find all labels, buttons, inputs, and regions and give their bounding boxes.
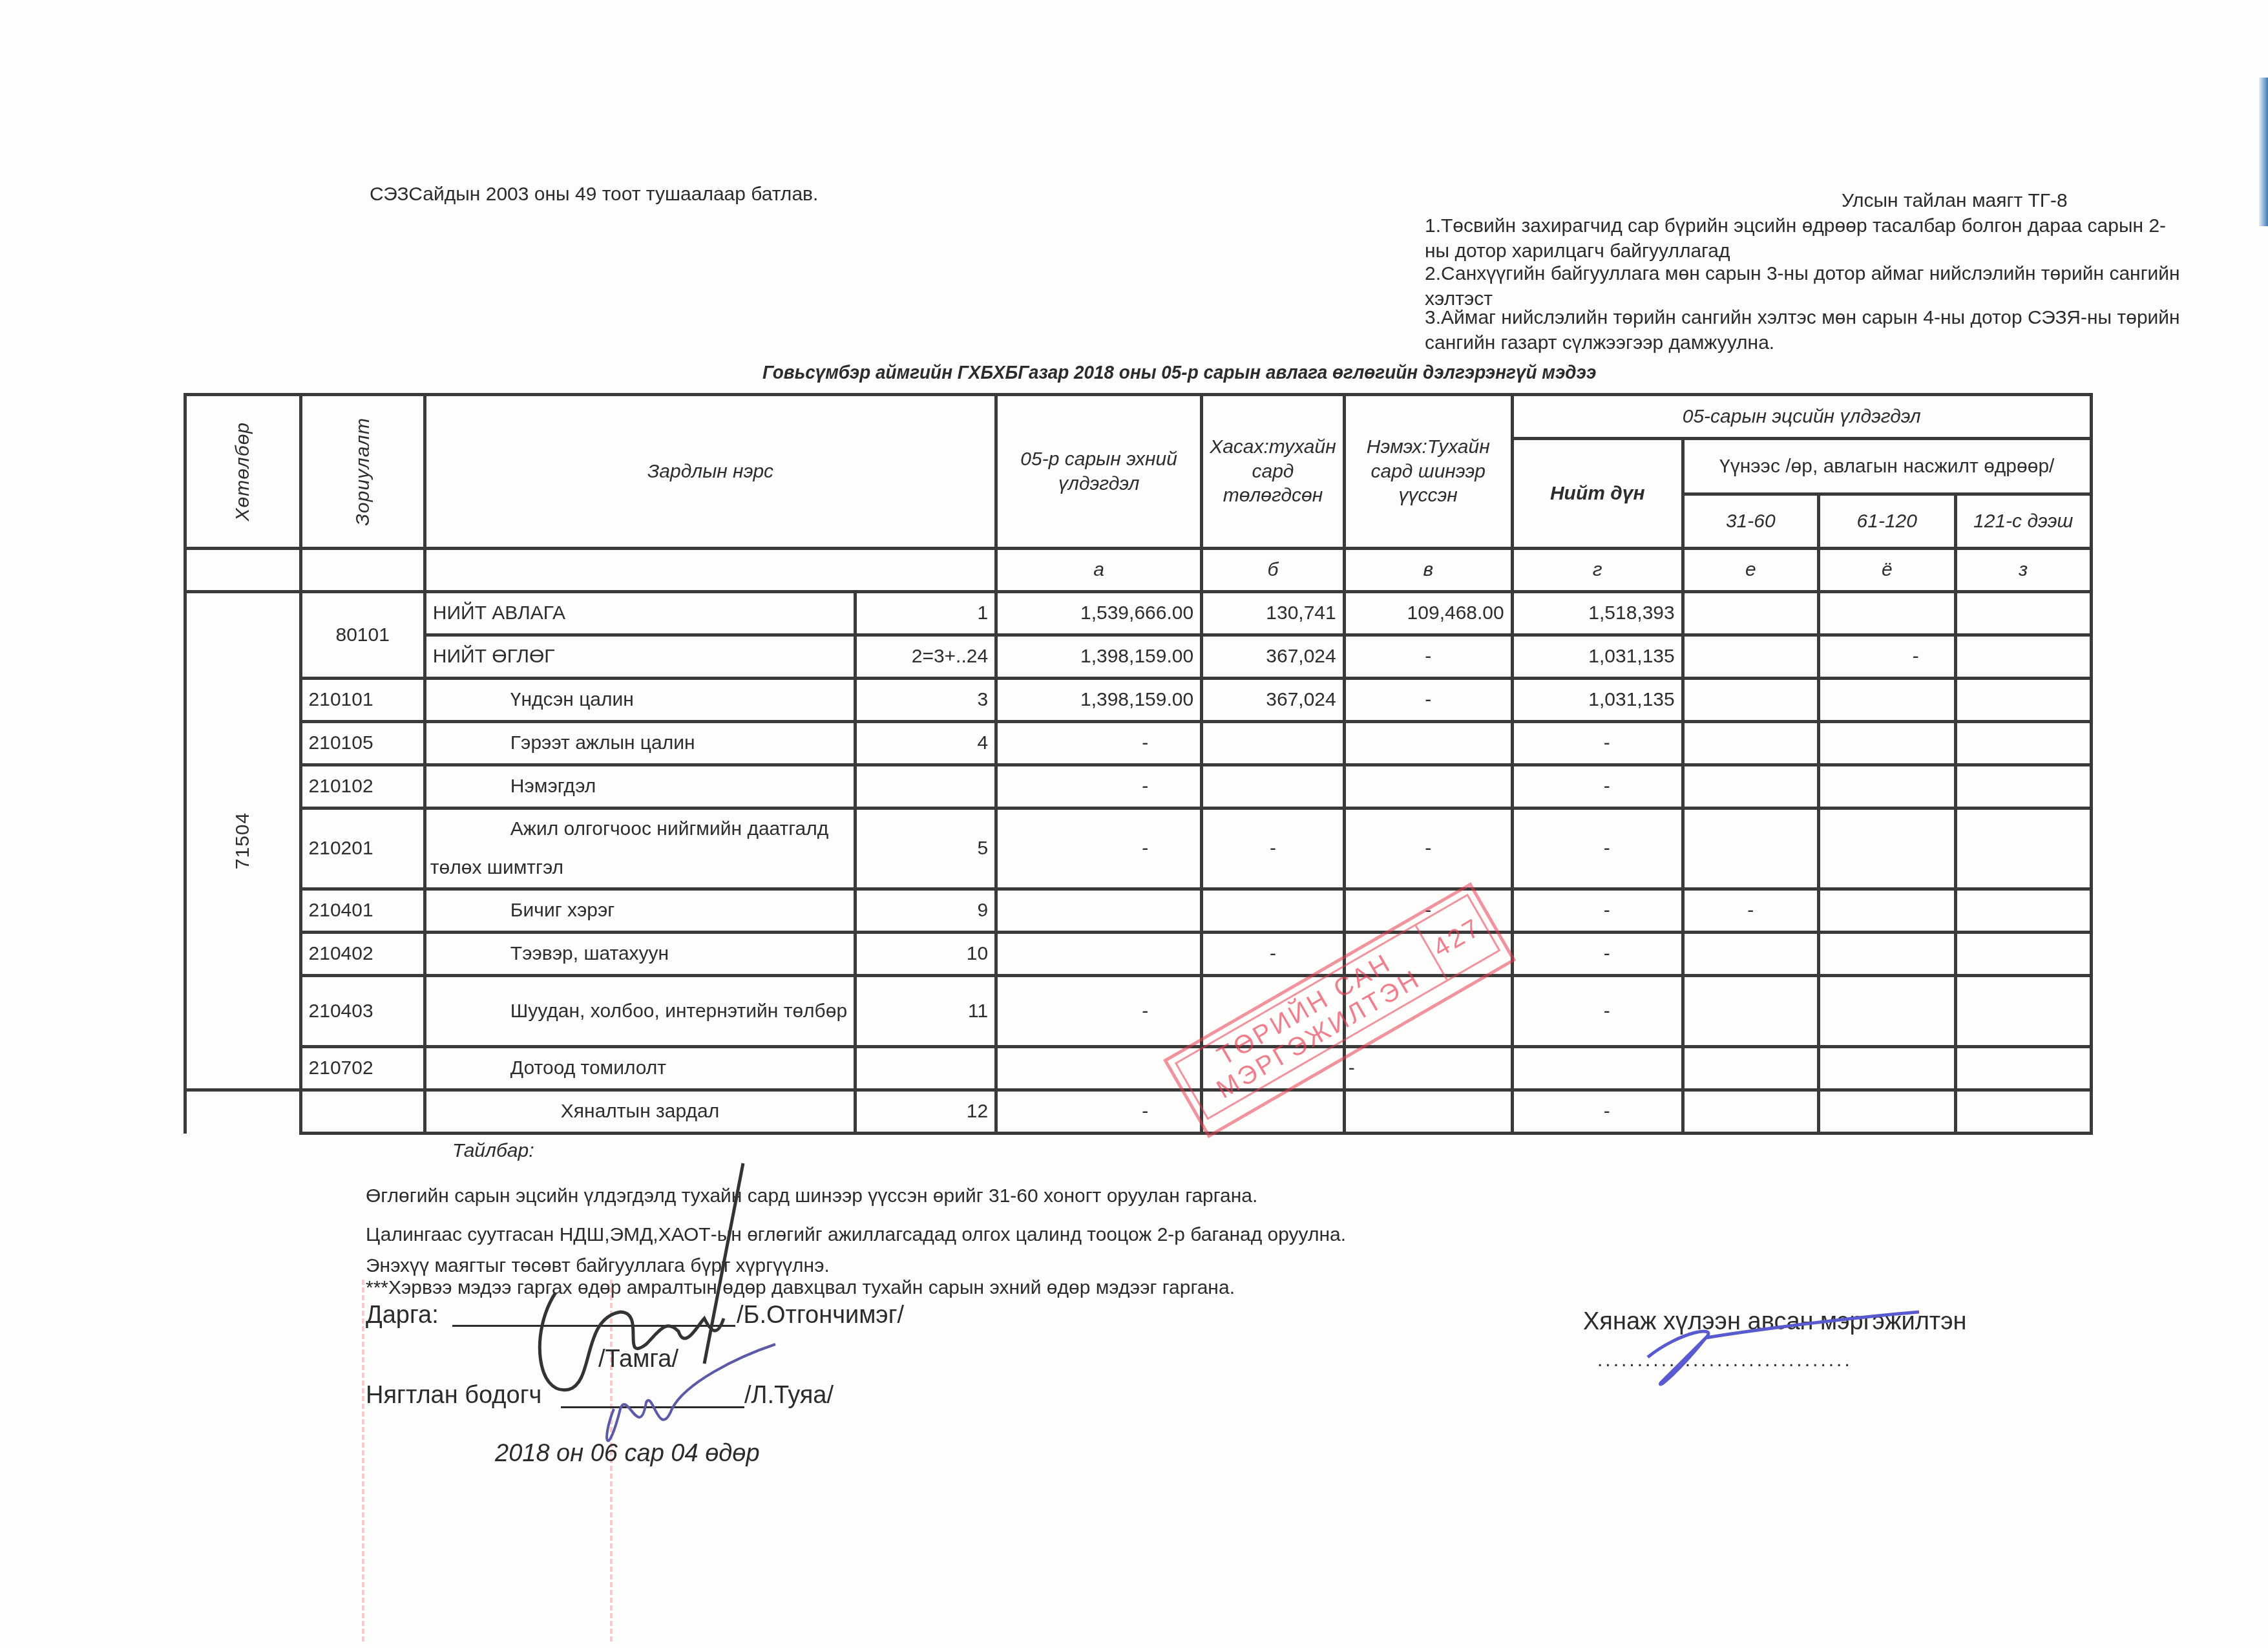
purpose-code-cell <box>300 1090 425 1134</box>
value-cell-e <box>1683 933 1818 976</box>
table-row: 210102Нэмэгдэл-- <box>185 765 2092 808</box>
table-row: 210101Үндсэн цалин31,398,159.00367,024-1… <box>185 679 2092 722</box>
value-cell-a: - <box>996 722 1202 765</box>
expense-name-cell: НИЙТ АВЛАГА <box>425 592 855 635</box>
row-number-cell <box>856 765 996 808</box>
value-cell-v: 109,468.00 <box>1344 592 1512 635</box>
value-cell-b <box>1202 765 1345 808</box>
note-3: Энэхүү маягтыг төсөвт байгууллага бүрт х… <box>366 1254 830 1278</box>
note-1: Өглөгийн сарын эцсийн үлдэгдэлд тухайн с… <box>366 1184 1257 1209</box>
value-cell-b <box>1202 722 1345 765</box>
value-cell-yo <box>1818 722 1955 765</box>
letter-b: б <box>1202 549 1345 592</box>
receivables-payables-table: Хөтөлбөр Зориулалт Зардлын нэрс 05-р сар… <box>184 393 2093 1135</box>
head-label: Дарга: <box>366 1300 439 1331</box>
value-cell-b: 367,024 <box>1202 635 1345 679</box>
value-cell-g: - <box>1512 722 1683 765</box>
value-cell-v <box>1344 1090 1512 1134</box>
value-cell-yo <box>1818 889 1955 933</box>
letter-z: з <box>1955 549 2091 592</box>
accountant-signature-line <box>561 1406 744 1408</box>
value-cell-e <box>1683 808 1818 889</box>
header-col-g: Нийт дүн <box>1512 439 1683 549</box>
expense-name-cell: Нэмэгдэл <box>425 765 855 808</box>
form-code: Улсын тайлан маягт ТГ-8 <box>1842 189 2068 213</box>
expense-name-cell: Хяналтын зардал <box>425 1090 855 1134</box>
value-cell-z <box>1955 933 2091 976</box>
header-col-z: 121-с дээш <box>1955 494 2091 549</box>
value-cell-e: - <box>1683 889 1818 933</box>
value-cell-v <box>1344 765 1512 808</box>
purpose-code-cell: 210702 <box>300 1047 425 1090</box>
row-number-cell: 12 <box>856 1090 996 1134</box>
value-cell-g <box>1512 1047 1683 1090</box>
value-cell-a: - <box>996 808 1202 889</box>
header-aging-group: Үүнээс /өр, авлагын насжилт өдрөөр/ <box>1683 439 2091 494</box>
accountant-name: /Л.Туяа/ <box>744 1380 834 1411</box>
row-number-cell: 2=3+..24 <box>856 635 996 679</box>
value-cell-z <box>1955 1047 2091 1090</box>
value-cell-z <box>1955 976 2091 1047</box>
instruction-1: 1.Төсвийн захирагчид сар бүрийн эцсийн ө… <box>1425 213 2187 264</box>
value-cell-yo: - <box>1818 635 1955 679</box>
note-label: Тайлбар: <box>452 1139 534 1163</box>
row-number-cell: 5 <box>856 808 996 889</box>
purpose-code-cell: 210401 <box>300 889 425 933</box>
value-cell-z <box>1955 592 2091 635</box>
row-number-cell: 11 <box>856 976 996 1047</box>
value-cell-z <box>1955 635 2091 679</box>
value-cell-b: 367,024 <box>1202 679 1345 722</box>
row-number-cell: 4 <box>856 722 996 765</box>
value-cell-b <box>1202 889 1345 933</box>
purpose-code-cell: 210102 <box>300 765 425 808</box>
table-row: 7150480101НИЙТ АВЛАГА11,539,666.00130,74… <box>185 592 2092 635</box>
value-cell-yo <box>1818 592 1955 635</box>
program-code-cell: 71504 <box>185 592 301 1090</box>
value-cell-g: 1,031,135 <box>1512 679 1683 722</box>
value-cell-z <box>1955 679 2091 722</box>
expense-name-cell: НИЙТ ӨГЛӨГ <box>425 635 855 679</box>
value-cell-a: 1,398,159.00 <box>996 679 1202 722</box>
value-cell-e <box>1683 722 1818 765</box>
value-cell-yo <box>1818 765 1955 808</box>
value-cell-a <box>996 933 1202 976</box>
row-number-cell <box>856 1047 996 1090</box>
letters-spacer <box>185 549 301 592</box>
head-signature-line <box>452 1325 735 1327</box>
letter-g: г <box>1512 549 1683 592</box>
value-cell-a: 1,398,159.00 <box>996 635 1202 679</box>
letters-spacer <box>425 549 996 592</box>
value-cell-z <box>1955 765 2091 808</box>
header-col-yo: 61-120 <box>1818 494 1955 549</box>
letters-spacer <box>300 549 425 592</box>
purpose-code-cell: 210101 <box>300 679 425 722</box>
note-2: Цалингаас суутгасан НДШ,ЭМД,ХАОТ-ын өглө… <box>366 1223 1346 1247</box>
row-number-cell: 3 <box>856 679 996 722</box>
value-cell-yo <box>1818 679 1955 722</box>
value-cell-b: 130,741 <box>1202 592 1345 635</box>
header-col-v: Нэмэх:Тухайн сард шинээр үүссэн <box>1344 395 1512 549</box>
instruction-2: 2.Санхүүгийн байгууллага мөн сарын 3-ны … <box>1425 261 2187 312</box>
report-title: Говьсүмбэр аймгийн ГХБХБГазар 2018 оны 0… <box>762 362 1596 384</box>
value-cell-g: - <box>1512 933 1683 976</box>
expense-name-cell: Дотоод томилолт <box>425 1047 855 1090</box>
header-col-e: 31-60 <box>1683 494 1818 549</box>
accountant-label: Нягтлан бодогч <box>366 1380 541 1411</box>
row-number-cell: 9 <box>856 889 996 933</box>
value-cell-e <box>1683 1047 1818 1090</box>
value-cell-z <box>1955 889 2091 933</box>
value-cell-a: 1,539,666.00 <box>996 592 1202 635</box>
purpose-code-cell: 210403 <box>300 976 425 1047</box>
value-cell-a: - <box>996 765 1202 808</box>
value-cell-g: 1,518,393 <box>1512 592 1683 635</box>
table-row: 210105Гэрээт ажлын цалин4-- <box>185 722 2092 765</box>
value-cell-v: - <box>1344 635 1512 679</box>
header-expense-name: Зардлын нэрс <box>425 395 996 549</box>
value-cell-v: - <box>1344 1047 1512 1090</box>
value-cell-yo <box>1818 1047 1955 1090</box>
value-cell-yo <box>1818 976 1955 1047</box>
program-code-cell-empty <box>185 1090 301 1134</box>
expense-name-cell: Үндсэн цалин <box>425 679 855 722</box>
value-cell-g: - <box>1512 765 1683 808</box>
expense-name-cell: Шуудан, холбоо, интернэтийн төлбөр <box>425 976 855 1047</box>
table-row: Хяналтын зардал12-- <box>185 1090 2092 1134</box>
table-row: 210702Дотоод томилолт- <box>185 1047 2092 1090</box>
letter-a: а <box>996 549 1202 592</box>
approval-text: СЭЗСайдын 2003 оны 49 тоот тушаалаар бат… <box>370 182 818 207</box>
value-cell-b: - <box>1202 808 1345 889</box>
value-cell-v: - <box>1344 808 1512 889</box>
header-purpose: Зориулалт <box>300 395 425 549</box>
value-cell-a <box>996 889 1202 933</box>
purpose-code-cell: 210105 <box>300 722 425 765</box>
head-name: /Б.Отгончимэг/ <box>737 1300 904 1331</box>
inspector-label: Хянаж хүлээн авсан мэргэжилтэн <box>1583 1307 1967 1338</box>
seal-label: /Тамга/ <box>598 1344 678 1375</box>
value-cell-g: - <box>1512 976 1683 1047</box>
expense-name-cell: Бичиг хэрэг <box>425 889 855 933</box>
value-cell-e <box>1683 635 1818 679</box>
row-number-cell: 1 <box>856 592 996 635</box>
value-cell-e <box>1683 976 1818 1047</box>
value-cell-e <box>1683 679 1818 722</box>
value-cell-v: - <box>1344 679 1512 722</box>
value-cell-yo <box>1818 1090 1955 1134</box>
table-row: 210401Бичиг хэрэг9--- <box>185 889 2092 933</box>
table-row: 210402Тээвэр, шатахуун10-- <box>185 933 2092 976</box>
inspector-signature-line: ................................ <box>1597 1349 1853 1371</box>
table-row: 210201Ажил олгогчоос нийгмийн даатгалд т… <box>185 808 2092 889</box>
instruction-3: 3.Аймаг нийслэлийн төрийн сангийн хэлтэс… <box>1425 305 2187 355</box>
value-cell-v <box>1344 722 1512 765</box>
table-row: 210403Шуудан, холбоо, интернэтийн төлбөр… <box>185 976 2092 1047</box>
letter-v: в <box>1344 549 1512 592</box>
value-cell-e <box>1683 1090 1818 1134</box>
expense-name-cell: Ажил олгогчоос нийгмийн даатгалд төлөх ш… <box>425 808 855 889</box>
purpose-code-cell: 80101 <box>300 592 425 679</box>
value-cell-g: - <box>1512 1090 1683 1134</box>
value-cell-g: - <box>1512 889 1683 933</box>
purpose-code-cell: 210201 <box>300 808 425 889</box>
value-cell-z <box>1955 808 2091 889</box>
expense-name-cell: Гэрээт ажлын цалин <box>425 722 855 765</box>
header-col-a: 05-р сарын эхний үлдэгдэл <box>996 395 1202 549</box>
letter-yo: ё <box>1818 549 1955 592</box>
value-cell-e <box>1683 765 1818 808</box>
value-cell-z <box>1955 1090 2091 1134</box>
value-cell-g: 1,031,135 <box>1512 635 1683 679</box>
expense-name-cell: Тээвэр, шатахуун <box>425 933 855 976</box>
value-cell-yo <box>1818 933 1955 976</box>
row-number-cell: 10 <box>856 933 996 976</box>
sign-date: 2018 он 06 сар 04 өдөр <box>495 1439 760 1470</box>
value-cell-g: - <box>1512 808 1683 889</box>
header-program: Хөтөлбөр <box>185 395 301 549</box>
letter-e: е <box>1683 549 1818 592</box>
value-cell-e <box>1683 592 1818 635</box>
value-cell-z <box>1955 722 2091 765</box>
value-cell-a: - <box>996 1090 1202 1134</box>
header-col-b: Хасах:тухайн сард төлөгдсөн <box>1202 395 1345 549</box>
header-end-balance-group: 05-сарын эцсийн үлдэгдэл <box>1512 395 2091 439</box>
value-cell-a: - <box>996 976 1202 1047</box>
purpose-code-cell: 210402 <box>300 933 425 976</box>
value-cell-yo <box>1818 808 1955 889</box>
table-row: НИЙТ ӨГЛӨГ2=3+..241,398,159.00367,024-1,… <box>185 635 2092 679</box>
scan-edge-artifact <box>2259 78 2268 226</box>
